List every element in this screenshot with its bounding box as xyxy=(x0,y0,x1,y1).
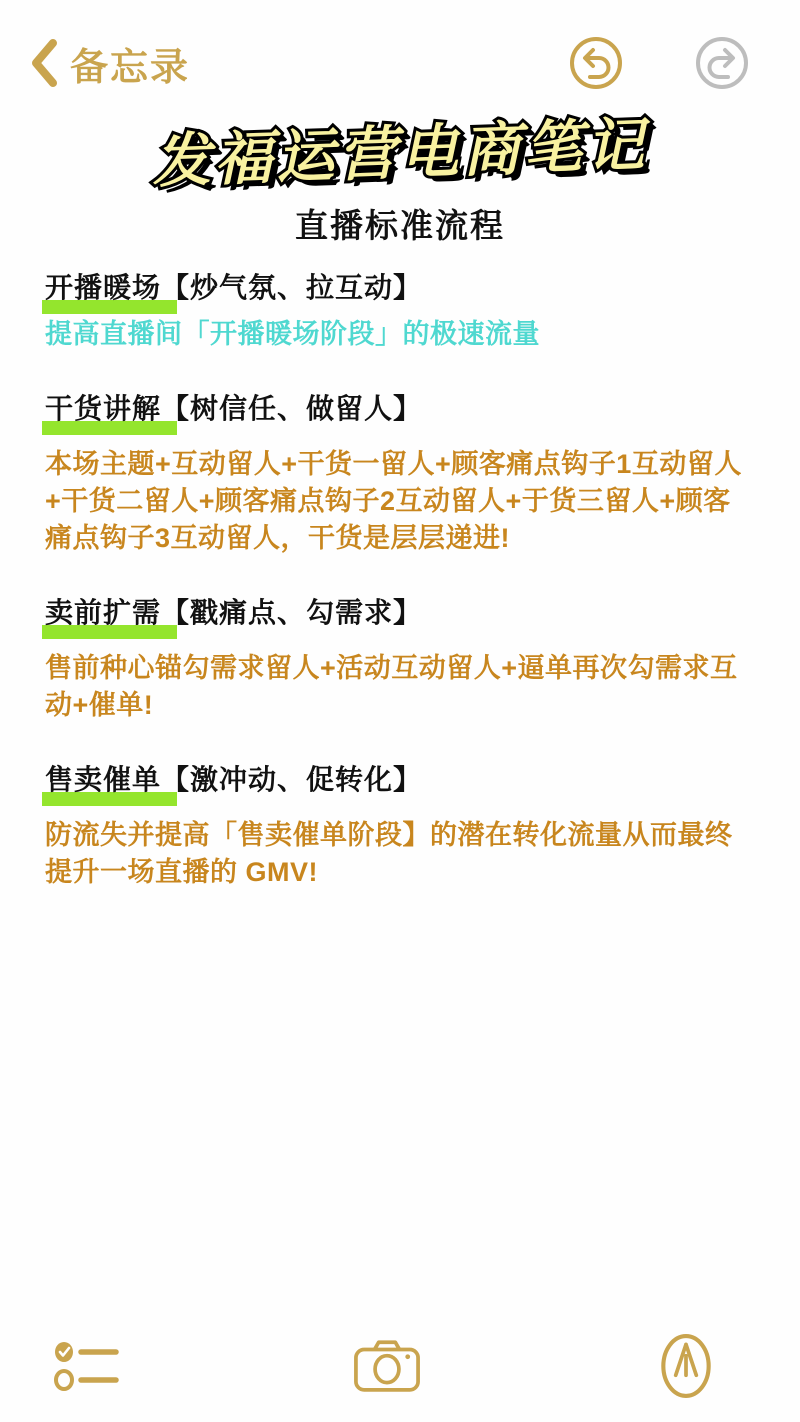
heading-rest-text: 【树信任、做留人】 xyxy=(161,393,422,424)
section-body-text: 防流失并提高「售卖催单阶段】的潜在转化流量从而最终提升一场直播的 GMV! xyxy=(45,817,742,891)
note-title: 发福运营电商笔记 xyxy=(0,92,800,204)
section-heading: 卖前扩需【戳痛点、勾需求】 xyxy=(45,594,742,632)
top-navigation-bar: 备忘录 xyxy=(0,0,800,98)
heading-rest-text: 【激冲动、促转化】 xyxy=(161,764,422,795)
redo-icon[interactable] xyxy=(694,35,750,91)
note-editor[interactable]: 开播暖场【炒气氛、拉互动】 提高直播间「开播暖场阶段」的极速流量 干货讲解【树信… xyxy=(0,247,800,891)
section-heading: 开播暖场【炒气氛、拉互动】 xyxy=(45,269,742,307)
section-opening-warmup: 开播暖场【炒气氛、拉互动】 提高直播间「开播暖场阶段」的极速流量 xyxy=(45,269,742,353)
section-heading: 干货讲解【树信任、做留人】 xyxy=(45,390,742,428)
heading-rest-text: 【戳痛点、勾需求】 xyxy=(161,597,422,628)
heading-highlighted-text: 开播暖场 xyxy=(45,269,161,307)
checklist-icon[interactable] xyxy=(52,1338,122,1394)
section-presale-demand: 卖前扩需【戳痛点、勾需求】 售前种心锚勾需求留人+活动互动留人+逼单再次勾需求互… xyxy=(45,594,742,724)
heading-highlighted-text: 干货讲解 xyxy=(45,390,161,428)
camera-icon[interactable] xyxy=(352,1336,422,1394)
back-button-label: 备忘录 xyxy=(70,36,190,91)
section-body-text: 本场主题+互动留人+干货一留人+顾客痛点钩子1互动留人+干货二留人+顾客痛点钩子… xyxy=(45,446,742,557)
note-subtitle: 直播标准流程 xyxy=(0,200,800,247)
section-body-text: 售前种心锚勾需求留人+活动互动留人+逼单再次勾需求互动+催单! xyxy=(45,650,742,724)
section-content-explain: 干货讲解【树信任、做留人】 本场主题+互动留人+干货一留人+顾客痛点钩子1互动留… xyxy=(45,390,742,557)
undo-redo-group xyxy=(568,35,750,91)
bottom-toolbar xyxy=(0,1330,800,1422)
section-selling-urge: 售卖催单【激冲动、促转化】 防流失并提高「售卖催单阶段】的潜在转化流量从而最终提… xyxy=(45,761,742,891)
compose-pen-icon[interactable] xyxy=(658,1332,714,1400)
section-heading: 售卖催单【激冲动、促转化】 xyxy=(45,761,742,799)
back-button[interactable]: 备忘录 xyxy=(28,36,190,91)
undo-icon[interactable] xyxy=(568,35,624,91)
heading-highlighted-text: 卖前扩需 xyxy=(45,594,161,632)
heading-rest-text: 【炒气氛、拉互动】 xyxy=(161,272,422,303)
heading-highlighted-text: 售卖催单 xyxy=(45,761,161,799)
section-body-text: 提高直播间「开播暖场阶段」的极速流量 xyxy=(45,316,742,353)
back-chevron-icon xyxy=(28,38,58,88)
